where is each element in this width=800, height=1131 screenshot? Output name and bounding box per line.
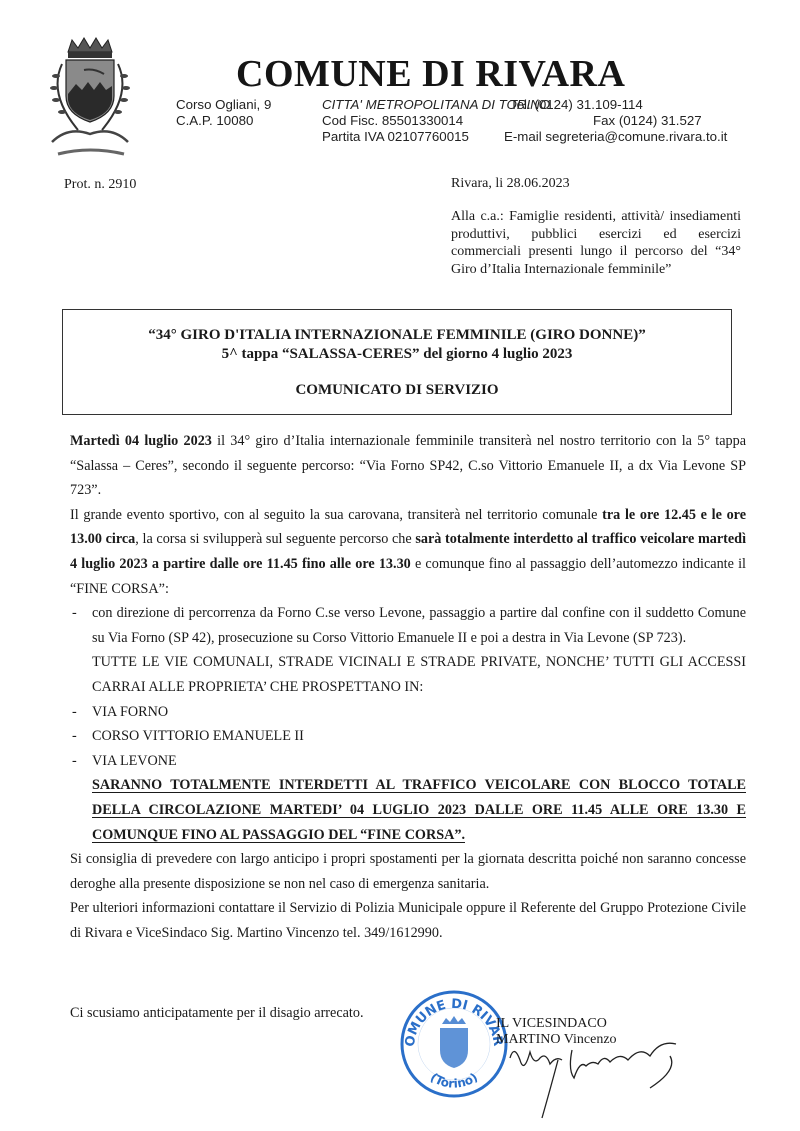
address-block: Corso Ogliani, 9 C.A.P. 10080	[176, 97, 271, 129]
official-stamp-icon: COMUNE DI RIVARA (Torino)	[398, 988, 510, 1100]
paragraph-info: Per ulteriori informazioni contattare il…	[70, 896, 746, 945]
phone: Tel. (0124) 31.109-114	[510, 97, 727, 113]
subject-title: “34° GIRO D'ITALIA INTERNAZIONALE FEMMIN…	[63, 327, 731, 344]
address-street: Corso Ogliani, 9	[176, 97, 271, 113]
subject-stage: 5^ tappa “SALASSA-CERES” del giorno 4 lu…	[63, 346, 731, 363]
roads-intro: TUTTE LE VIE COMUNALI, STRADE VICINALI E…	[70, 650, 746, 699]
svg-text:(Torino): (Torino)	[428, 1070, 481, 1091]
fax: Fax (0124) 31.527	[510, 113, 727, 129]
handwritten-signature	[500, 1030, 700, 1120]
route-item: con direzione di percorrenza da Forno C.…	[70, 601, 746, 650]
place-date: Rivara, li 28.06.2023	[451, 176, 570, 192]
paragraph-intro: Martedì 04 luglio 2023 il 34° giro d’Ita…	[70, 429, 746, 503]
road-item: VIA FORNO	[70, 700, 746, 725]
protocol-number: Prot. n. 2910	[64, 177, 136, 193]
address-cap: C.A.P. 10080	[176, 113, 271, 129]
road-item: VIA LEVONE	[70, 749, 746, 774]
subject-box: “34° GIRO D'ITALIA INTERNAZIONALE FEMMIN…	[62, 309, 732, 415]
road-item: CORSO VITTORIO EMANUELE II	[70, 724, 746, 749]
recipients: Alla c.a.: Famiglie residenti, attività/…	[451, 208, 741, 278]
subject-heading: COMUNICATO DI SERVIZIO	[63, 382, 731, 399]
paragraph-schedule: Il grande evento sportivo, con al seguit…	[70, 503, 746, 601]
paragraph-advice: Si consiglia di prevedere con largo anti…	[70, 847, 746, 896]
letter-body: Martedì 04 luglio 2023 il 34° giro d’Ita…	[70, 429, 746, 945]
email: E-mail segreteria@comune.rivara.to.it	[504, 129, 727, 145]
coat-of-arms-icon	[38, 34, 142, 164]
apology: Ci scusiamo anticipatamente per il disag…	[70, 1005, 364, 1022]
contact-block: Tel. (0124) 31.109-114 Fax (0124) 31.527…	[510, 97, 727, 145]
closure-warning: SARANNO TOTALMENTE INTERDETTI AL TRAFFIC…	[70, 773, 746, 847]
municipality-title: COMUNE DI RIVARA	[236, 52, 625, 96]
